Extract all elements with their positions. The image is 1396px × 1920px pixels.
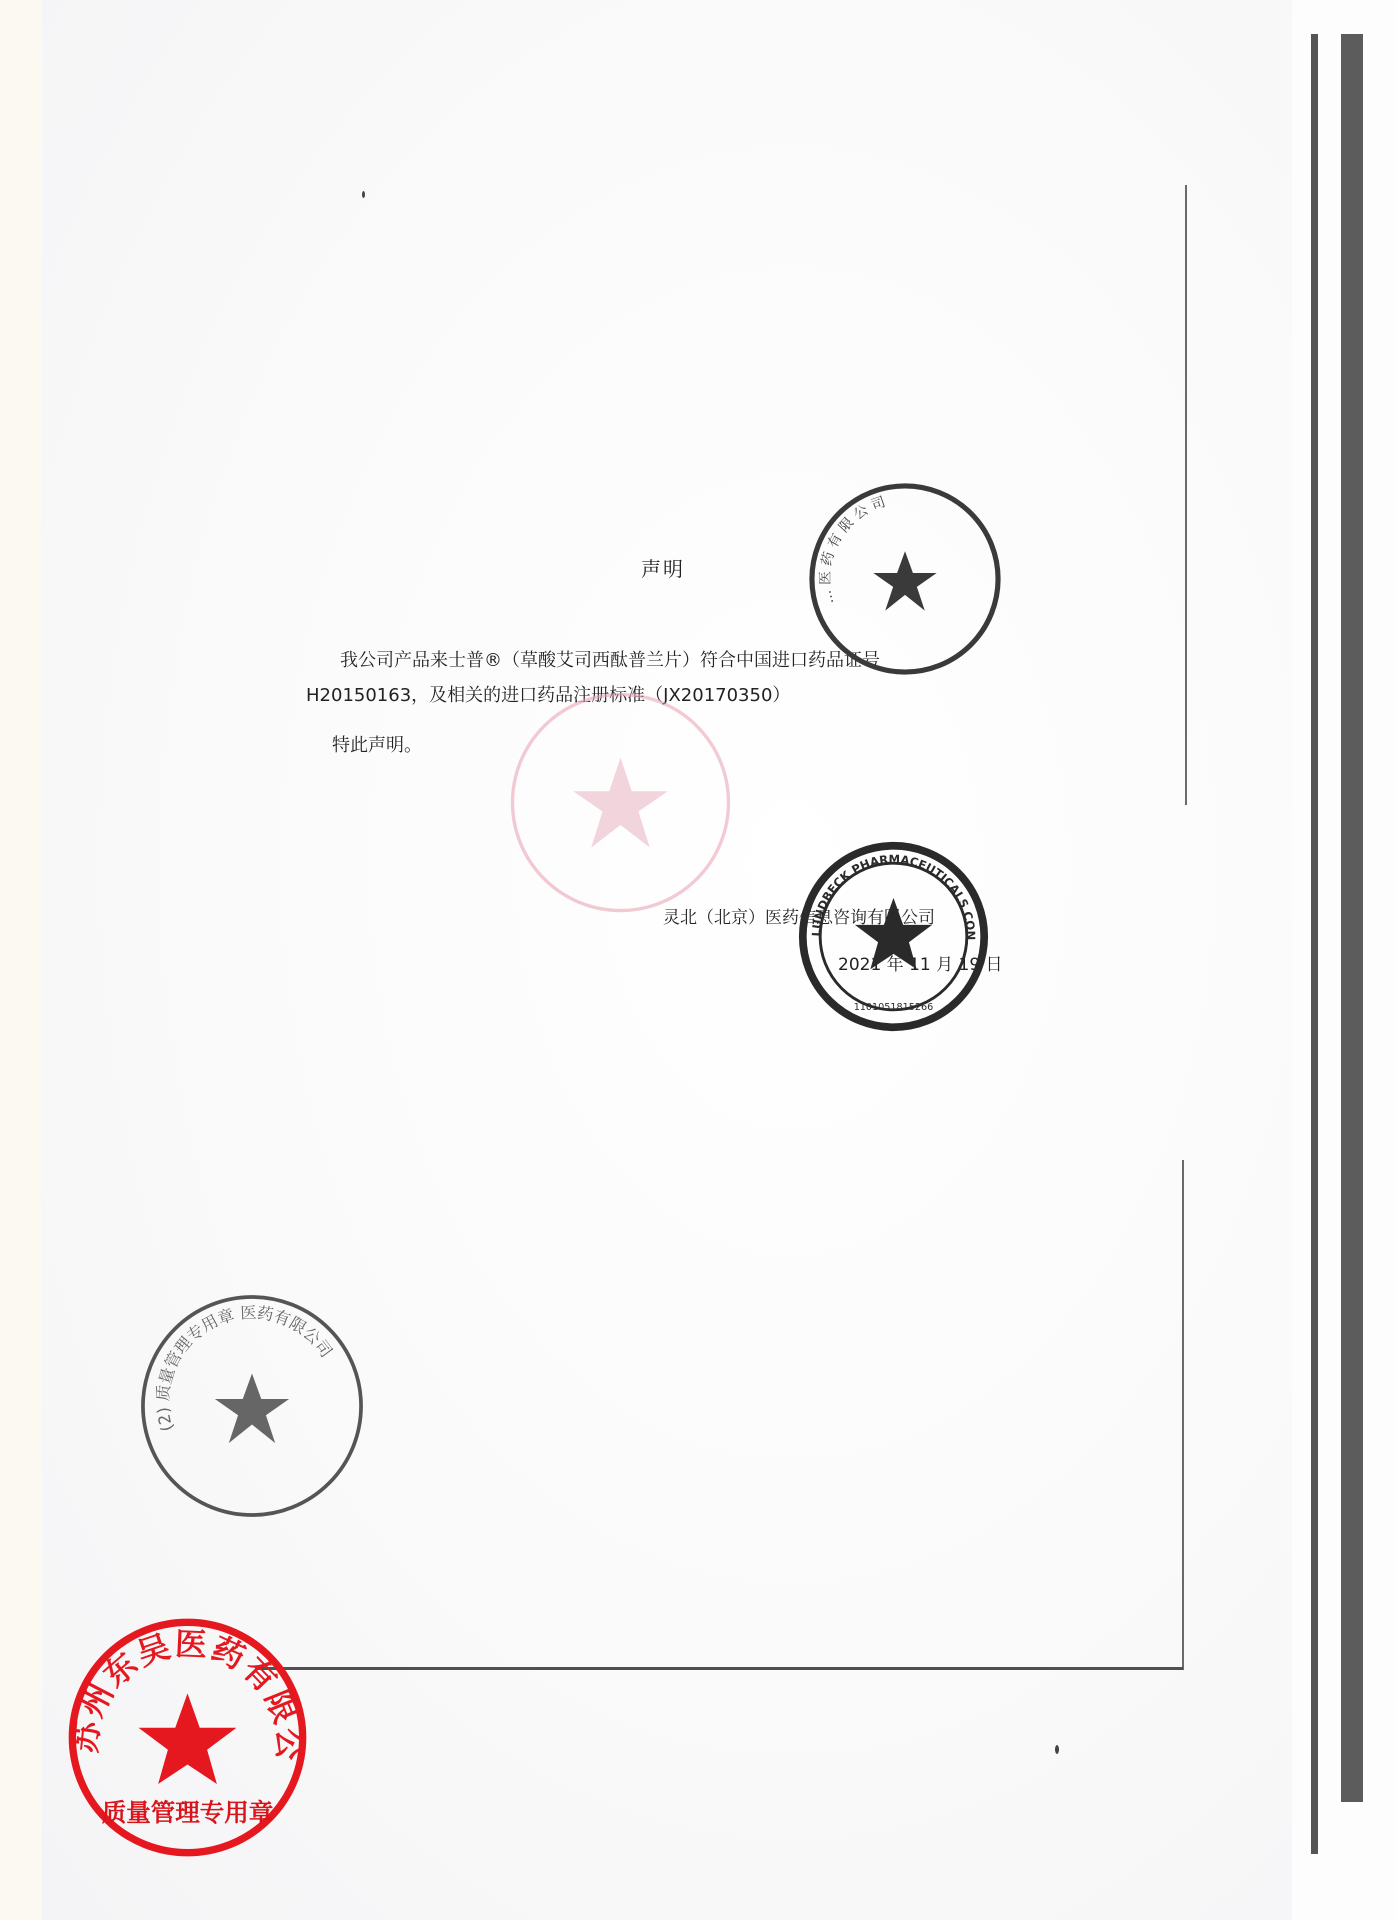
seal-star-icon: … 医 药 有 限 公 司 (806, 480, 1004, 678)
page-border-right-lower (1182, 1160, 1184, 1670)
scan-speck (1055, 1745, 1059, 1754)
seal-star-icon: LUNDBECK PHARMACEUTICALS CONSULTING CO. … (797, 840, 990, 1033)
stamp-lundbeck: LUNDBECK PHARMACEUTICALS CONSULTING CO. … (797, 840, 990, 1033)
page-border-bottom (255, 1667, 1183, 1670)
seal-star-icon: (2) 质量管理专用章 医药有限公司 (136, 1290, 368, 1522)
seal-star-icon: 苏州东吴医药有限公司 质量管理专用章 (65, 1615, 310, 1860)
page-title: 声明 (641, 553, 685, 582)
page-border-right-upper (1185, 185, 1187, 805)
stamp-top-right: … 医 药 有 限 公 司 (806, 480, 1004, 678)
seal-star-icon (498, 690, 743, 915)
stamp-lower-left: (2) 质量管理专用章 医药有限公司 (136, 1290, 368, 1522)
scan-speck (362, 191, 365, 198)
scan-margin (0, 0, 42, 1920)
body-line-1: 我公司产品来士普®（草酸艾司西酞普兰片）符合中国进口药品证号 (340, 646, 880, 672)
closing-line: 特此声明。 (332, 731, 422, 757)
svg-text:质量管理专用章: 质量管理专用章 (102, 1798, 274, 1827)
stamp-center-pink (498, 690, 743, 915)
scan-edge-bar-thin (1311, 34, 1318, 1854)
stamp-red-quality: 苏州东吴医药有限公司 质量管理专用章 (65, 1615, 310, 1860)
svg-text:… 医 药 有 限 公 司: … 医 药 有 限 公 司 (818, 494, 888, 606)
svg-text:1101051815266: 1101051815266 (854, 1002, 934, 1013)
scan-edge-bar-thick (1341, 34, 1363, 1802)
